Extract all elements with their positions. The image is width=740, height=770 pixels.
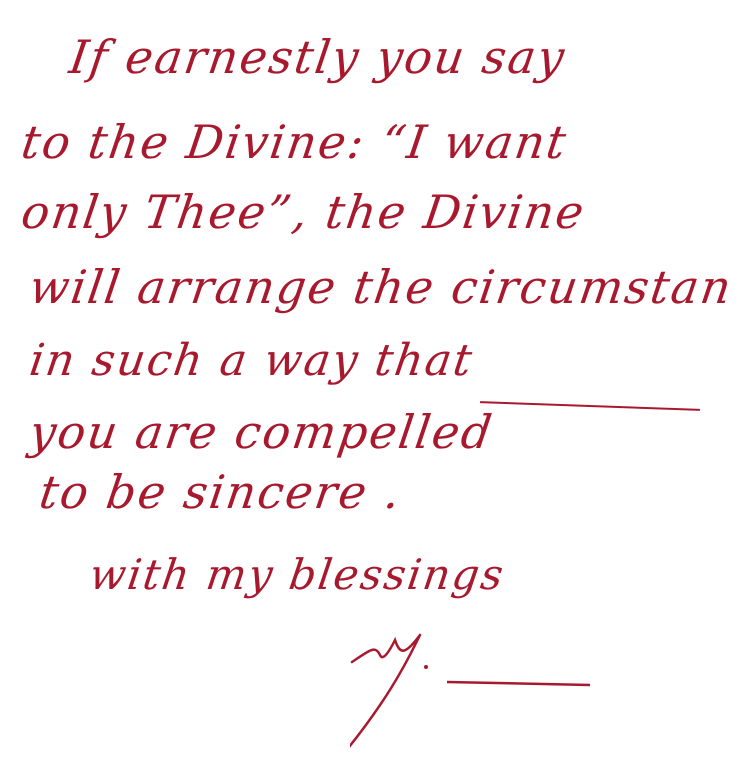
note-line-6: you are compelled [26, 405, 497, 459]
note-line-2: to the Divine: “I want [18, 115, 571, 169]
note-line-5: in such a way that [26, 335, 476, 386]
note-line-7: to be sincere . [36, 465, 405, 519]
closing-line: with my blessings [87, 550, 509, 599]
note-line-3: only Thee”, the Divine [18, 185, 589, 239]
handwritten-note: If earnestly you say to the Divine: “I w… [0, 0, 740, 770]
signature-mark [350, 610, 610, 770]
note-line-4: will arrange the circumstan [26, 260, 736, 314]
note-line-1: If earnestly you say [66, 30, 569, 84]
flourish-underline [480, 401, 700, 411]
